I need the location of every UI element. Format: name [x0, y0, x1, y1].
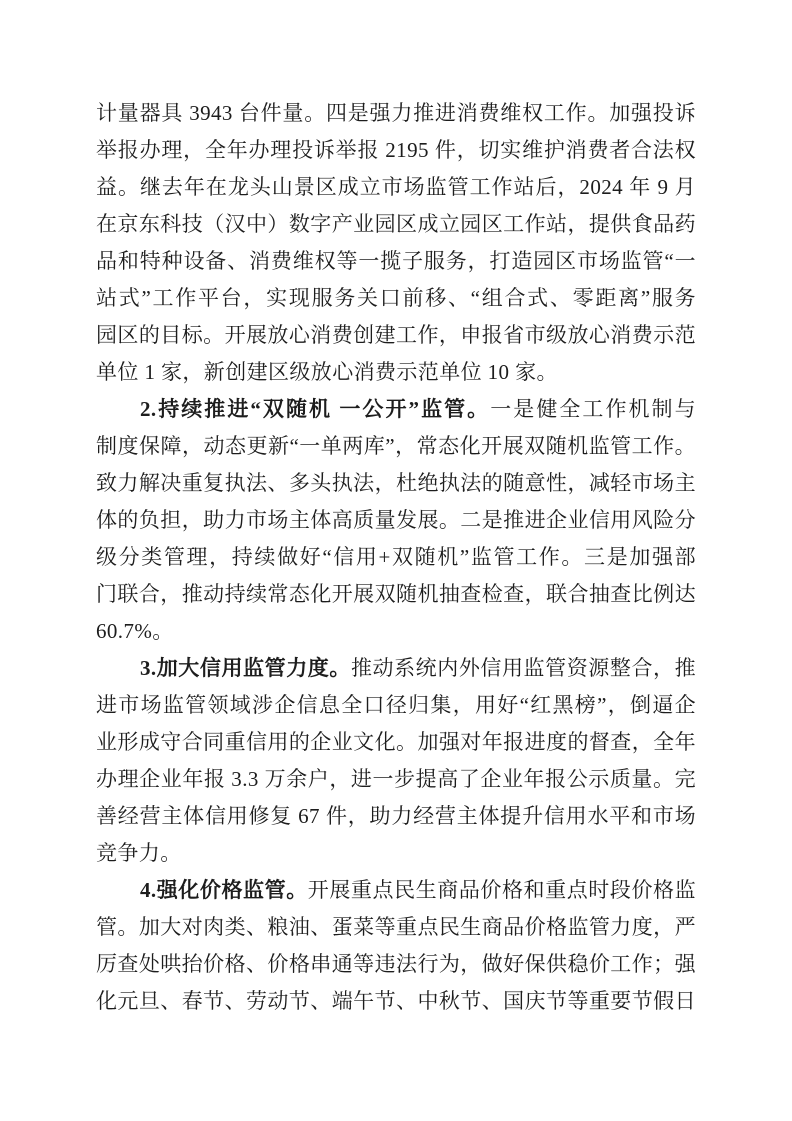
- text-line: 竞争力。: [96, 835, 696, 872]
- body-text-run: 业形成守合同重信用的企业文化。加强对年报进度的督查，全年: [96, 730, 696, 754]
- text-line: 站式”工作平台，实现服务关口前移、“组合式、零距离”服务: [96, 280, 696, 317]
- text-line: 门联合，推动持续常态化开展双随机抽查检查，联合抽查比例达: [96, 576, 696, 613]
- body-text-run: 门联合，推动持续常态化开展双随机抽查检查，联合抽查比例达: [96, 582, 696, 606]
- body-text-run: 办理企业年报 3.3 万余户，进一步提高了企业年报公示质量。完: [96, 767, 696, 791]
- body-text-run: 开展重点民生商品价格和重点时段价格监: [308, 878, 696, 902]
- body-text-run: 品和特种设备、消费维权等一揽子服务，打造园区市场监管“一: [96, 249, 696, 273]
- text-line: 品和特种设备、消费维权等一揽子服务，打造园区市场监管“一: [96, 243, 696, 280]
- body-text-run: 一是健全工作机制与: [490, 397, 696, 421]
- text-line: 在京东科技（汉中）数字产业园区成立园区工作站，提供食品药: [96, 206, 696, 243]
- text-line: 厉查处哄抬价格、价格串通等违法行为，做好保供稳价工作；强: [96, 946, 696, 983]
- body-text-run: 益。继去年在龙头山景区成立市场监管工作站后，2024 年 9 月: [96, 175, 696, 199]
- text-line: 业形成守合同重信用的企业文化。加强对年报进度的督查，全年: [96, 724, 696, 761]
- body-text-run: 竞争力。: [96, 841, 182, 865]
- body-text-run: 制度保障，动态更新“一单两库”，常态化开展双随机监管工作。: [96, 434, 696, 458]
- text-line: 3.加大信用监管力度。推动系统内外信用监管资源整合，推: [96, 650, 696, 687]
- text-line: 2.持续推进“双随机 一公开”监管。一是健全工作机制与: [96, 391, 696, 428]
- body-text-run: 管。加大对肉类、粮油、蛋菜等重点民生商品价格监管力度，严: [96, 915, 696, 939]
- body-text-run: 推动系统内外信用监管资源整合，推: [351, 656, 696, 680]
- body-text-run: 在京东科技（汉中）数字产业园区成立园区工作站，提供食品药: [96, 212, 696, 236]
- body-text-run: 园区的目标。开展放心消费创建工作，申报省市级放心消费示范: [96, 323, 696, 347]
- heading-run: 2.持续推进“双随机 一公开”监管。: [140, 397, 490, 421]
- body-text-run: 60.7%。: [96, 619, 174, 643]
- heading-run: 4.强化价格监管。: [140, 878, 308, 902]
- text-line: 办理企业年报 3.3 万余户，进一步提高了企业年报公示质量。完: [96, 761, 696, 798]
- text-line: 60.7%。: [96, 613, 696, 650]
- body-text-run: 举报办理，全年办理投诉举报 2195 件，切实维护消费者合法权: [96, 138, 696, 162]
- heading-run: 3.加大信用监管力度。: [140, 656, 351, 680]
- body-text-run: 站式”工作平台，实现服务关口前移、“组合式、零距离”服务: [96, 286, 696, 310]
- text-line: 制度保障，动态更新“一单两库”，常态化开展双随机监管工作。: [96, 428, 696, 465]
- text-line: 级分类管理，持续做好“信用+双随机”监管工作。三是加强部: [96, 539, 696, 576]
- body-text-run: 化元旦、春节、劳动节、端午节、中秋节、国庆节等重要节假日: [96, 989, 696, 1013]
- body-text-run: 厉查处哄抬价格、价格串通等违法行为，做好保供稳价工作；强: [96, 952, 696, 976]
- body-text-run: 致力解决重复执法、多头执法，杜绝执法的随意性，减轻市场主: [96, 471, 696, 495]
- body-text-run: 进市场监管领域涉企信息全口径归集，用好“红黑榜”，倒逼企: [96, 693, 696, 717]
- text-line: 益。继去年在龙头山景区成立市场监管工作站后，2024 年 9 月: [96, 169, 696, 206]
- body-text-run: 计量器具 3943 台件量。四是强力推进消费维权工作。加强投诉: [96, 101, 696, 125]
- text-line: 举报办理，全年办理投诉举报 2195 件，切实维护消费者合法权: [96, 132, 696, 169]
- text-line: 致力解决重复执法、多头执法，杜绝执法的随意性，减轻市场主: [96, 465, 696, 502]
- body-text-run: 单位 1 家，新创建区级放心消费示范单位 10 家。: [96, 360, 558, 384]
- text-line: 计量器具 3943 台件量。四是强力推进消费维权工作。加强投诉: [96, 95, 696, 132]
- document-page: 计量器具 3943 台件量。四是强力推进消费维权工作。加强投诉举报办理，全年办理…: [0, 0, 792, 1121]
- text-line: 管。加大对肉类、粮油、蛋菜等重点民生商品价格监管力度，严: [96, 909, 696, 946]
- text-line: 体的负担，助力市场主体高质量发展。二是推进企业信用风险分: [96, 502, 696, 539]
- document-text-body: 计量器具 3943 台件量。四是强力推进消费维权工作。加强投诉举报办理，全年办理…: [96, 95, 696, 1020]
- body-text-run: 体的负担，助力市场主体高质量发展。二是推进企业信用风险分: [96, 508, 696, 532]
- text-line: 园区的目标。开展放心消费创建工作，申报省市级放心消费示范: [96, 317, 696, 354]
- text-line: 进市场监管领域涉企信息全口径归集，用好“红黑榜”，倒逼企: [96, 687, 696, 724]
- body-text-run: 善经营主体信用修复 67 件，助力经营主体提升信用水平和市场: [96, 804, 696, 828]
- text-line: 单位 1 家，新创建区级放心消费示范单位 10 家。: [96, 354, 696, 391]
- text-line: 化元旦、春节、劳动节、端午节、中秋节、国庆节等重要节假日: [96, 983, 696, 1020]
- body-text-run: 级分类管理，持续做好“信用+双随机”监管工作。三是加强部: [96, 545, 696, 569]
- text-line: 4.强化价格监管。开展重点民生商品价格和重点时段价格监: [96, 872, 696, 909]
- text-line: 善经营主体信用修复 67 件，助力经营主体提升信用水平和市场: [96, 798, 696, 835]
